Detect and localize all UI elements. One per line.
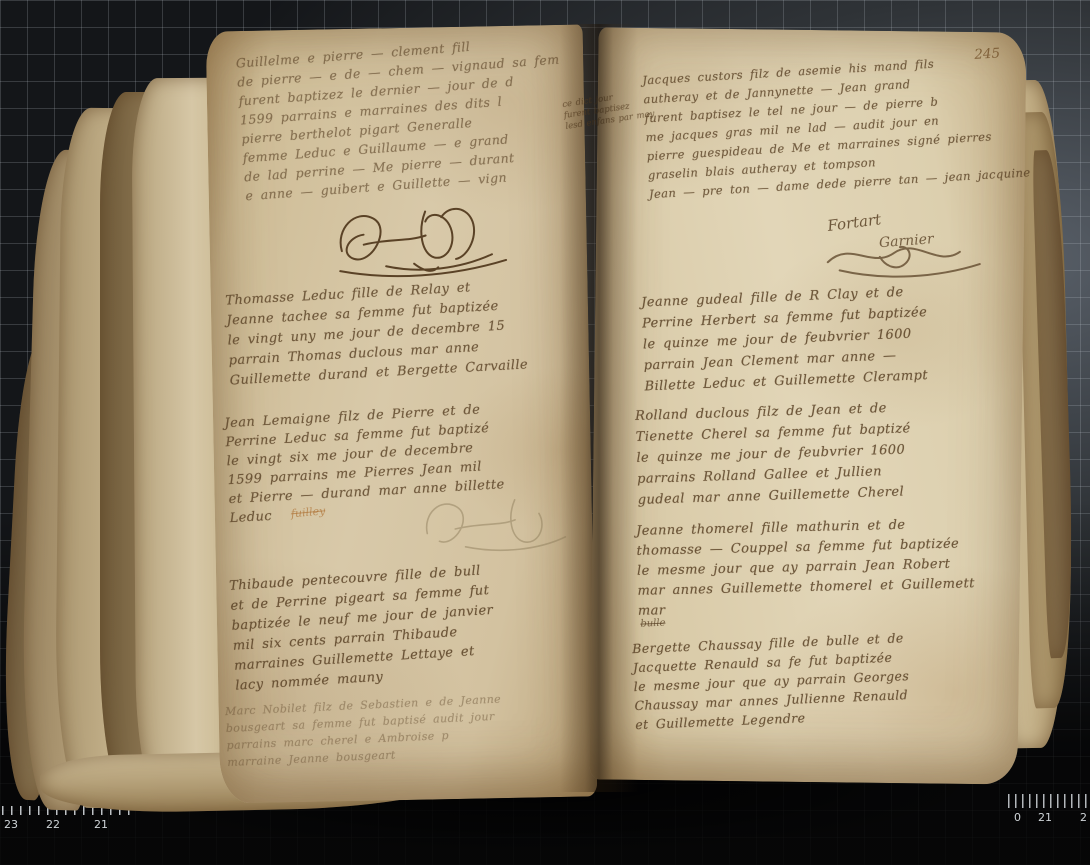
ruler-number: 21 (1038, 811, 1052, 824)
baptism-entry: Marc Nobilet filz de Sebastien e de Jean… (225, 691, 504, 771)
ruler-number: 0 (1014, 811, 1021, 824)
struck-word: bulle (640, 618, 666, 630)
ruler-number: 23 (4, 818, 18, 831)
baptism-entry: Guillelme e pierre — clement fillde pier… (235, 31, 568, 206)
baptism-entry: Jacques custors filz de asemie his mand … (642, 49, 1031, 204)
baptism-entry: Jeanne thomerel fille mathurin et dethom… (636, 514, 976, 622)
left-page: Guillelme e pierre — clement fillde pier… (206, 24, 598, 803)
ruler-right: 0 21 2 (1008, 794, 1090, 825)
faded-signature-flourish (414, 487, 575, 564)
signature-flourish (327, 196, 519, 284)
baptism-entry: Jeanne gudeal fille de R Clay et dePerri… (641, 281, 930, 397)
baptism-entry: Thibaude pentecouvre fille de bullet de … (229, 561, 498, 697)
signature-flourish (819, 222, 990, 288)
baptism-entry: Rolland duclous filz de Jean et deTienet… (635, 397, 913, 511)
ruler-tick-marks (1008, 794, 1090, 808)
baptism-entry: Bergette Chaussay fille de bulle et deJa… (632, 628, 911, 734)
baptism-entry: Thomasse Leduc fille de Relay etJeanne t… (225, 275, 529, 391)
right-page: 245 Jacques custors filz de asemie his m… (589, 27, 1026, 784)
ruler-number: 2 (1080, 811, 1087, 824)
photograph-of-manuscript: 23 22 21 Guillelme e pierre — clement fi… (0, 0, 1090, 865)
